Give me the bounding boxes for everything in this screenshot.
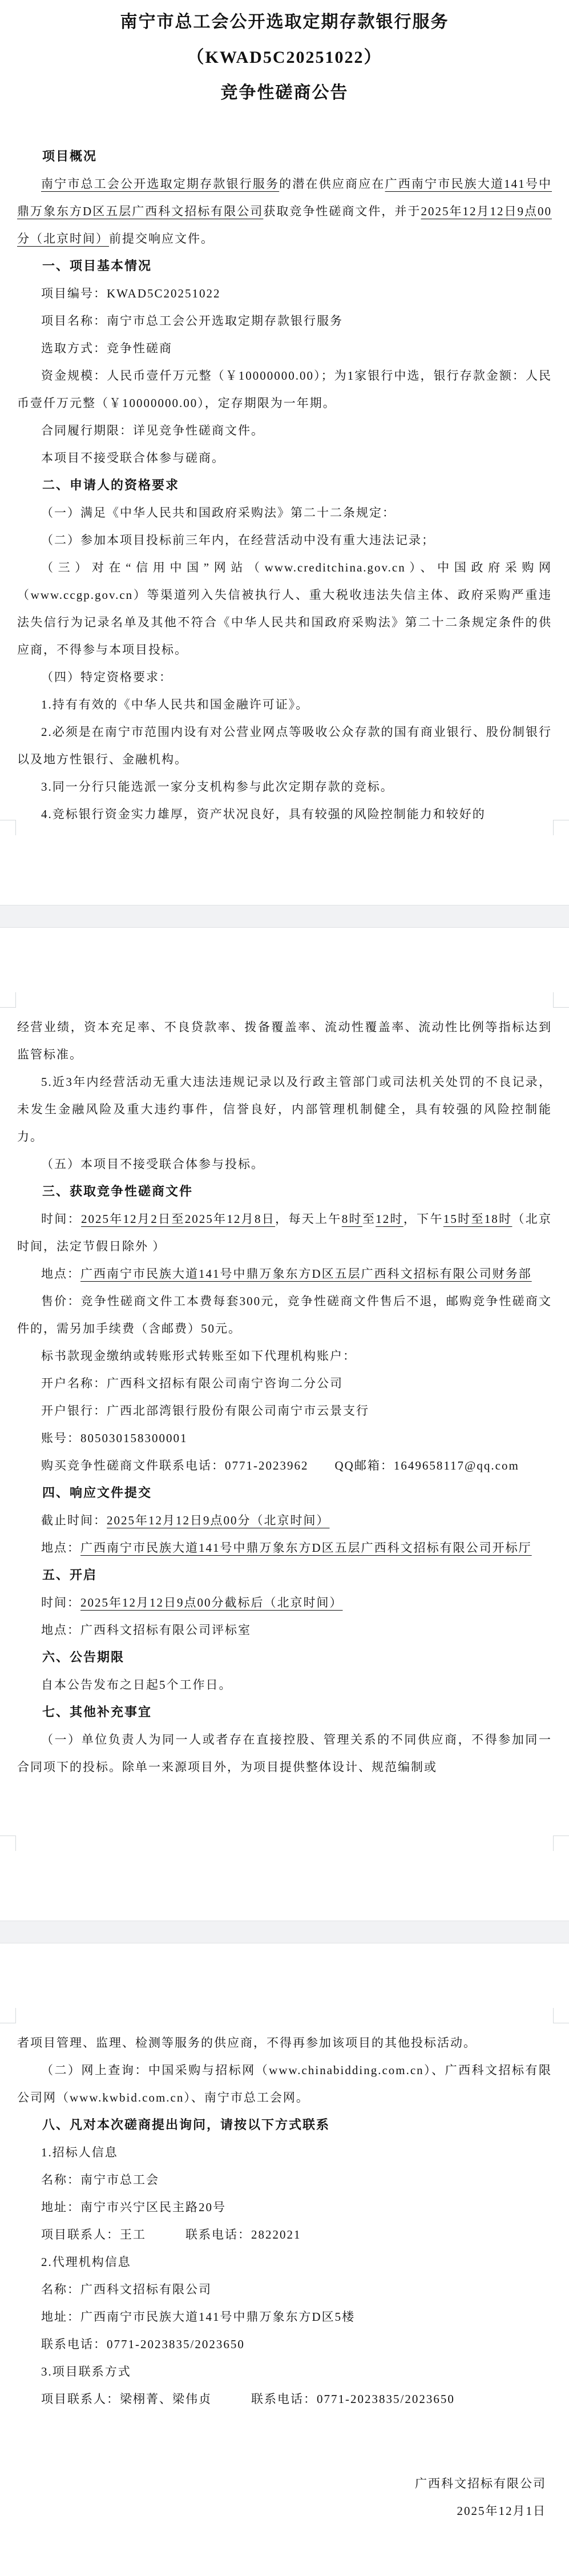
text-run: 3.同一分行只能选派一家分支机构参与此次定期存款的竞标。 bbox=[41, 780, 394, 794]
page-margin-mark bbox=[553, 1836, 569, 1851]
text-run: 截止时间： bbox=[41, 1514, 107, 1527]
paragraph: 项目联系人：梁栩菁、梁伟贞 联系电话：0771-2023835/2023650 bbox=[0, 2385, 569, 2413]
page-1: 南宁市总工会公开选取定期存款银行服务（KWAD5C20251022）竞争性磋商公… bbox=[0, 0, 569, 905]
paragraph: 3.同一分行只能选派一家分支机构参与此次定期存款的竞标。 bbox=[0, 773, 569, 800]
paragraph: 账号：805030158300001 bbox=[0, 1424, 569, 1452]
text-run: 地址：广西南宁市民族大道141号中鼎万象东方D区5楼 bbox=[41, 2310, 355, 2324]
text-run: 至 bbox=[362, 1212, 376, 1226]
text-run: 项目联系人：王工 联系电话：2822021 bbox=[41, 2228, 301, 2241]
text-run: 地点：广西科文招标有限公司评标室 bbox=[41, 1623, 251, 1637]
paragraph: （一）满足《中华人民共和国政府采购法》第二十二条规定： bbox=[0, 499, 569, 526]
section-heading: 项目概况 bbox=[0, 143, 569, 170]
paragraph: 开户名称：广西科文招标有限公司南宁咨询二分公司 bbox=[0, 1370, 569, 1397]
page-2-content: 经营业绩，资本充足率、不良贷款率、拨备覆盖率、流动性覆盖率、流动性比例等指标达到… bbox=[0, 1013, 569, 1781]
underlined-text: 南宁市总工会公开选取定期存款银行服务 bbox=[41, 177, 279, 191]
paragraph: 项目联系人：王工 联系电话：2822021 bbox=[0, 2221, 569, 2248]
paragraph: 地点：广西科文招标有限公司评标室 bbox=[0, 1616, 569, 1644]
document-title: 南宁市总工会公开选取定期存款银行服务 bbox=[0, 5, 569, 40]
text-run: （KWAD5C20251022） bbox=[187, 48, 382, 67]
paragraph: （二）网上查询：中国采购与招标网（www.chinabidding.com.cn… bbox=[0, 2056, 569, 2111]
text-run: 标书款现金缴纳或转账形式转账至如下代理机构账户： bbox=[41, 1349, 356, 1363]
document-title: 竞争性磋商公告 bbox=[0, 75, 569, 111]
paragraph: 2.必须是在南宁市范围内设有对公营业网点等吸收公众存款的国有商业银行、股份制银行… bbox=[0, 718, 569, 773]
paragraph: 项目编号：KWAD5C20251022 bbox=[0, 280, 569, 307]
paragraph: 地点：广西南宁市民族大道141号中鼎万象东方D区五层广西科文招标有限公司财务部 bbox=[0, 1260, 569, 1287]
paragraph: 1.持有有效的《中华人民共和国金融许可证》。 bbox=[0, 691, 569, 718]
text-run: 1.持有有效的《中华人民共和国金融许可证》。 bbox=[41, 698, 309, 711]
paragraph: 2025年12月1日 bbox=[0, 2497, 569, 2525]
underlined-text: 15时至18时 bbox=[443, 1212, 512, 1226]
page-separator bbox=[0, 905, 569, 928]
text-run: 开户银行：广西北部湾银行股份有限公司南宁市云景支行 bbox=[41, 1404, 369, 1418]
paragraph: 地址：广西南宁市民族大道141号中鼎万象东方D区5楼 bbox=[0, 2303, 569, 2331]
text-run: 5.近3年内经营活动无重大违法违规记录以及行政主管部门或司法机关处罚的不良记录，… bbox=[17, 1075, 552, 1144]
text-run: 六、公告期限 bbox=[42, 1650, 124, 1664]
paragraph: 资金规模：人民币壹仟万元整（￥10000000.00）；为1家银行中选，银行存款… bbox=[0, 362, 569, 417]
page-3-content: 者项目管理、监理、检测等服务的供应商，不得再参加该项目的其他投标活动。（二）网上… bbox=[0, 2029, 569, 2525]
text-run: 2.代理机构信息 bbox=[41, 2255, 131, 2269]
paragraph: 4.竞标银行资金实力雄厚，资产状况良好，具有较强的风险控制能力和较好的 bbox=[0, 800, 569, 828]
text-run: 合同履行期限：详见竞争性磋商文件。 bbox=[41, 424, 264, 437]
text-run: 地点： bbox=[41, 1541, 80, 1555]
page-margin-mark bbox=[553, 820, 569, 835]
text-run: 联系电话：0771-2023835/2023650 bbox=[41, 2337, 245, 2351]
page-margin-mark bbox=[553, 992, 569, 1008]
text-run: （四）特定资格要求： bbox=[41, 670, 172, 684]
section-heading: 五、开启 bbox=[0, 1561, 569, 1589]
paragraph: （四）特定资格要求： bbox=[0, 663, 569, 691]
page-margin-mark bbox=[0, 1836, 16, 1851]
text-run: 四、响应文件提交 bbox=[42, 1486, 152, 1500]
section-heading: 二、申请人的资格要求 bbox=[0, 472, 569, 499]
paragraph: 合同履行期限：详见竞争性磋商文件。 bbox=[0, 417, 569, 444]
underlined-text: 8时 bbox=[342, 1212, 362, 1226]
document-title: （KWAD5C20251022） bbox=[0, 40, 569, 75]
text-run: 项目概况 bbox=[42, 149, 97, 163]
text-run: 3.项目联系方式 bbox=[41, 2365, 131, 2378]
section-heading: 七、其他补充事宜 bbox=[0, 1698, 569, 1726]
paragraph: （三）对在“信用中国”网站（www.creditchina.gov.cn）、中国… bbox=[0, 554, 569, 663]
text-run: 2025年12月1日 bbox=[457, 2504, 547, 2518]
paragraph: 者项目管理、监理、检测等服务的供应商，不得再参加该项目的其他投标活动。 bbox=[0, 2029, 569, 2056]
paragraph: 购买竞争性磋商文件联系电话：0771-2023962 QQ邮箱：16496581… bbox=[0, 1452, 569, 1479]
paragraph: 名称：广西科文招标有限公司 bbox=[0, 2276, 569, 2303]
paragraph: 2.代理机构信息 bbox=[0, 2248, 569, 2276]
page-1-content: 南宁市总工会公开选取定期存款银行服务（KWAD5C20251022）竞争性磋商公… bbox=[0, 5, 569, 828]
text-run: 名称：广西科文招标有限公司 bbox=[41, 2283, 212, 2296]
text-run: 八、凡对本次磋商提出询问，请按以下方式联系 bbox=[42, 2118, 330, 2132]
underlined-text: 2025年12月2日至2025年12月8日 bbox=[81, 1212, 275, 1226]
paragraph: 广西科文招标有限公司 bbox=[0, 2470, 569, 2497]
text-run: 项目联系人：梁栩菁、梁伟贞 联系电话：0771-2023835/2023650 bbox=[41, 2392, 455, 2406]
document-viewer: 南宁市总工会公开选取定期存款银行服务（KWAD5C20251022）竞争性磋商公… bbox=[0, 0, 569, 2576]
paragraph: 时间：2025年12月2日至2025年12月8日，每天上午8时至12时，下午15… bbox=[0, 1205, 569, 1260]
text-run: （二）网上查询：中国采购与招标网（www.chinabidding.com.cn… bbox=[17, 2063, 552, 2104]
paragraph: （五）本项目不接受联合体参与投标。 bbox=[0, 1150, 569, 1178]
text-run: 账号：805030158300001 bbox=[41, 1431, 188, 1445]
paragraph: 1.招标人信息 bbox=[0, 2139, 569, 2166]
paragraph: 地址：南宁市兴宁区民主路20号 bbox=[0, 2193, 569, 2221]
text-run: 时间： bbox=[41, 1596, 80, 1609]
text-run: 竞争性磋商公告 bbox=[221, 83, 349, 102]
text-run: 地点： bbox=[41, 1267, 80, 1281]
text-run: 自本公告发布之日起5个工作日。 bbox=[41, 1678, 232, 1692]
paragraph: （二）参加本项目投标前三年内，在经营活动中没有重大违法记录； bbox=[0, 526, 569, 554]
text-run: （三）对在“信用中国”网站（www.creditchina.gov.cn）、中国… bbox=[17, 561, 552, 657]
section-heading: 八、凡对本次磋商提出询问，请按以下方式联系 bbox=[0, 2111, 569, 2139]
paragraph: 3.项目联系方式 bbox=[0, 2358, 569, 2385]
paragraph: 选取方式：竞争性磋商 bbox=[0, 335, 569, 362]
paragraph: 地点：广西南宁市民族大道141号中鼎万象东方D区五层广西科文招标有限公司开标厅 bbox=[0, 1534, 569, 1561]
text-run: 购买竞争性磋商文件联系电话：0771-2023962 QQ邮箱：16496581… bbox=[41, 1459, 519, 1472]
section-heading: 四、响应文件提交 bbox=[0, 1479, 569, 1507]
text-run: 售价：竞争性磋商文件工本费每套300元，竞争性磋商文件售后不退，邮购竞争性磋商文… bbox=[17, 1294, 552, 1335]
underlined-text: 2025年12月12日9点00分截标后（北京时间） bbox=[80, 1596, 343, 1609]
spacer bbox=[0, 2413, 569, 2470]
text-run: ，下午 bbox=[403, 1212, 443, 1226]
text-run: 五、开启 bbox=[42, 1568, 97, 1582]
text-run: 地址：南宁市兴宁区民主路20号 bbox=[41, 2200, 226, 2214]
text-run: 名称：南宁市总工会 bbox=[41, 2173, 159, 2187]
section-heading: 三、获取竞争性磋商文件 bbox=[0, 1178, 569, 1205]
paragraph: （一）单位负责人为同一人或者存在直接控股、管理关系的不同供应商，不得参加同一合同… bbox=[0, 1726, 569, 1781]
text-run: 二、申请人的资格要求 bbox=[42, 478, 179, 492]
text-run: 项目编号：KWAD5C20251022 bbox=[41, 287, 221, 300]
paragraph: 时间：2025年12月12日9点00分截标后（北京时间） bbox=[0, 1589, 569, 1616]
text-run: 广西科文招标有限公司 bbox=[415, 2477, 546, 2490]
text-run: 开户名称：广西科文招标有限公司南宁咨询二分公司 bbox=[41, 1376, 343, 1390]
paragraph: 联系电话：0771-2023835/2023650 bbox=[0, 2331, 569, 2358]
text-run: 资金规模：人民币壹仟万元整（￥10000000.00）；为1家银行中选，银行存款… bbox=[17, 369, 552, 410]
paragraph: 截止时间：2025年12月12日9点00分（北京时间） bbox=[0, 1507, 569, 1534]
paragraph: 项目名称：南宁市总工会公开选取定期存款银行服务 bbox=[0, 307, 569, 335]
text-run: 七、其他补充事宜 bbox=[42, 1705, 152, 1719]
section-heading: 一、项目基本情况 bbox=[0, 252, 569, 280]
text-run: 者项目管理、监理、检测等服务的供应商，不得再参加该项目的其他投标活动。 bbox=[17, 2036, 477, 2050]
text-run: （一）满足《中华人民共和国政府采购法》第二十二条规定： bbox=[41, 506, 396, 520]
text-run: 前提交响应文件。 bbox=[109, 232, 214, 245]
text-run: （二）参加本项目投标前三年内，在经营活动中没有重大违法记录； bbox=[41, 533, 435, 547]
paragraph: 售价：竞争性磋商文件工本费每套300元，竞争性磋商文件售后不退，邮购竞争性磋商文… bbox=[0, 1287, 569, 1342]
underlined-text: 广西南宁市民族大道141号中鼎万象东方D区五层广西科文招标有限公司财务部 bbox=[80, 1267, 532, 1281]
text-run: 项目名称：南宁市总工会公开选取定期存款银行服务 bbox=[41, 314, 343, 328]
paragraph: 开户银行：广西北部湾银行股份有限公司南宁市云景支行 bbox=[0, 1397, 569, 1424]
page-separator bbox=[0, 1921, 569, 1943]
text-run: 1.招标人信息 bbox=[41, 2146, 118, 2159]
text-run: 获取竞争性磋商文件，并于 bbox=[263, 204, 421, 218]
paragraph: 名称：南宁市总工会 bbox=[0, 2166, 569, 2193]
text-run: 2.必须是在南宁市范围内设有对公营业网点等吸收公众存款的国有商业银行、股份制银行… bbox=[17, 725, 552, 766]
paragraph: 本项目不接受联合体参与磋商。 bbox=[0, 444, 569, 472]
text-run: 时间： bbox=[41, 1212, 81, 1226]
text-run: ，每天上午 bbox=[275, 1212, 342, 1226]
page-3: 者项目管理、监理、检测等服务的供应商，不得再参加该项目的其他投标活动。（二）网上… bbox=[0, 1943, 569, 2576]
section-heading: 六、公告期限 bbox=[0, 1644, 569, 1671]
text-run: 的潜在供应商应在 bbox=[279, 177, 385, 191]
page-margin-mark bbox=[0, 992, 16, 1008]
underlined-text: 12时 bbox=[376, 1212, 403, 1226]
paragraph: 标书款现金缴纳或转账形式转账至如下代理机构账户： bbox=[0, 1342, 569, 1370]
text-run: 经营业绩，资本充足率、不良贷款率、拨备覆盖率、流动性覆盖率、流动性比例等指标达到… bbox=[17, 1020, 552, 1061]
text-run: 选取方式：竞争性磋商 bbox=[41, 341, 172, 355]
paragraph: 5.近3年内经营活动无重大违法违规记录以及行政主管部门或司法机关处罚的不良记录，… bbox=[0, 1068, 569, 1150]
paragraph: 经营业绩，资本充足率、不良贷款率、拨备覆盖率、流动性覆盖率、流动性比例等指标达到… bbox=[0, 1013, 569, 1068]
page-2: 经营业绩，资本充足率、不良贷款率、拨备覆盖率、流动性覆盖率、流动性比例等指标达到… bbox=[0, 928, 569, 1921]
text-run: 4.竞标银行资金实力雄厚，资产状况良好，具有较强的风险控制能力和较好的 bbox=[41, 807, 486, 821]
underlined-text: 广西南宁市民族大道141号中鼎万象东方D区五层广西科文招标有限公司开标厅 bbox=[80, 1541, 532, 1555]
page-margin-mark bbox=[0, 2008, 16, 2023]
text-run: （一）单位负责人为同一人或者存在直接控股、管理关系的不同供应商，不得参加同一合同… bbox=[17, 1733, 552, 1774]
text-run: 一、项目基本情况 bbox=[42, 259, 152, 273]
text-run: 本项目不接受联合体参与磋商。 bbox=[41, 451, 225, 465]
text-run: 南宁市总工会公开选取定期存款银行服务 bbox=[120, 13, 449, 31]
paragraph: 自本公告发布之日起5个工作日。 bbox=[0, 1671, 569, 1698]
page-margin-mark bbox=[0, 820, 16, 835]
underlined-text: 2025年12月12日9点00分（北京时间） bbox=[107, 1514, 330, 1527]
page-margin-mark bbox=[553, 2008, 569, 2023]
paragraph: 南宁市总工会公开选取定期存款银行服务的潜在供应商应在广西南宁市民族大道141号中… bbox=[0, 170, 569, 252]
text-run: （五）本项目不接受联合体参与投标。 bbox=[41, 1157, 264, 1171]
text-run: 三、获取竞争性磋商文件 bbox=[42, 1184, 193, 1198]
